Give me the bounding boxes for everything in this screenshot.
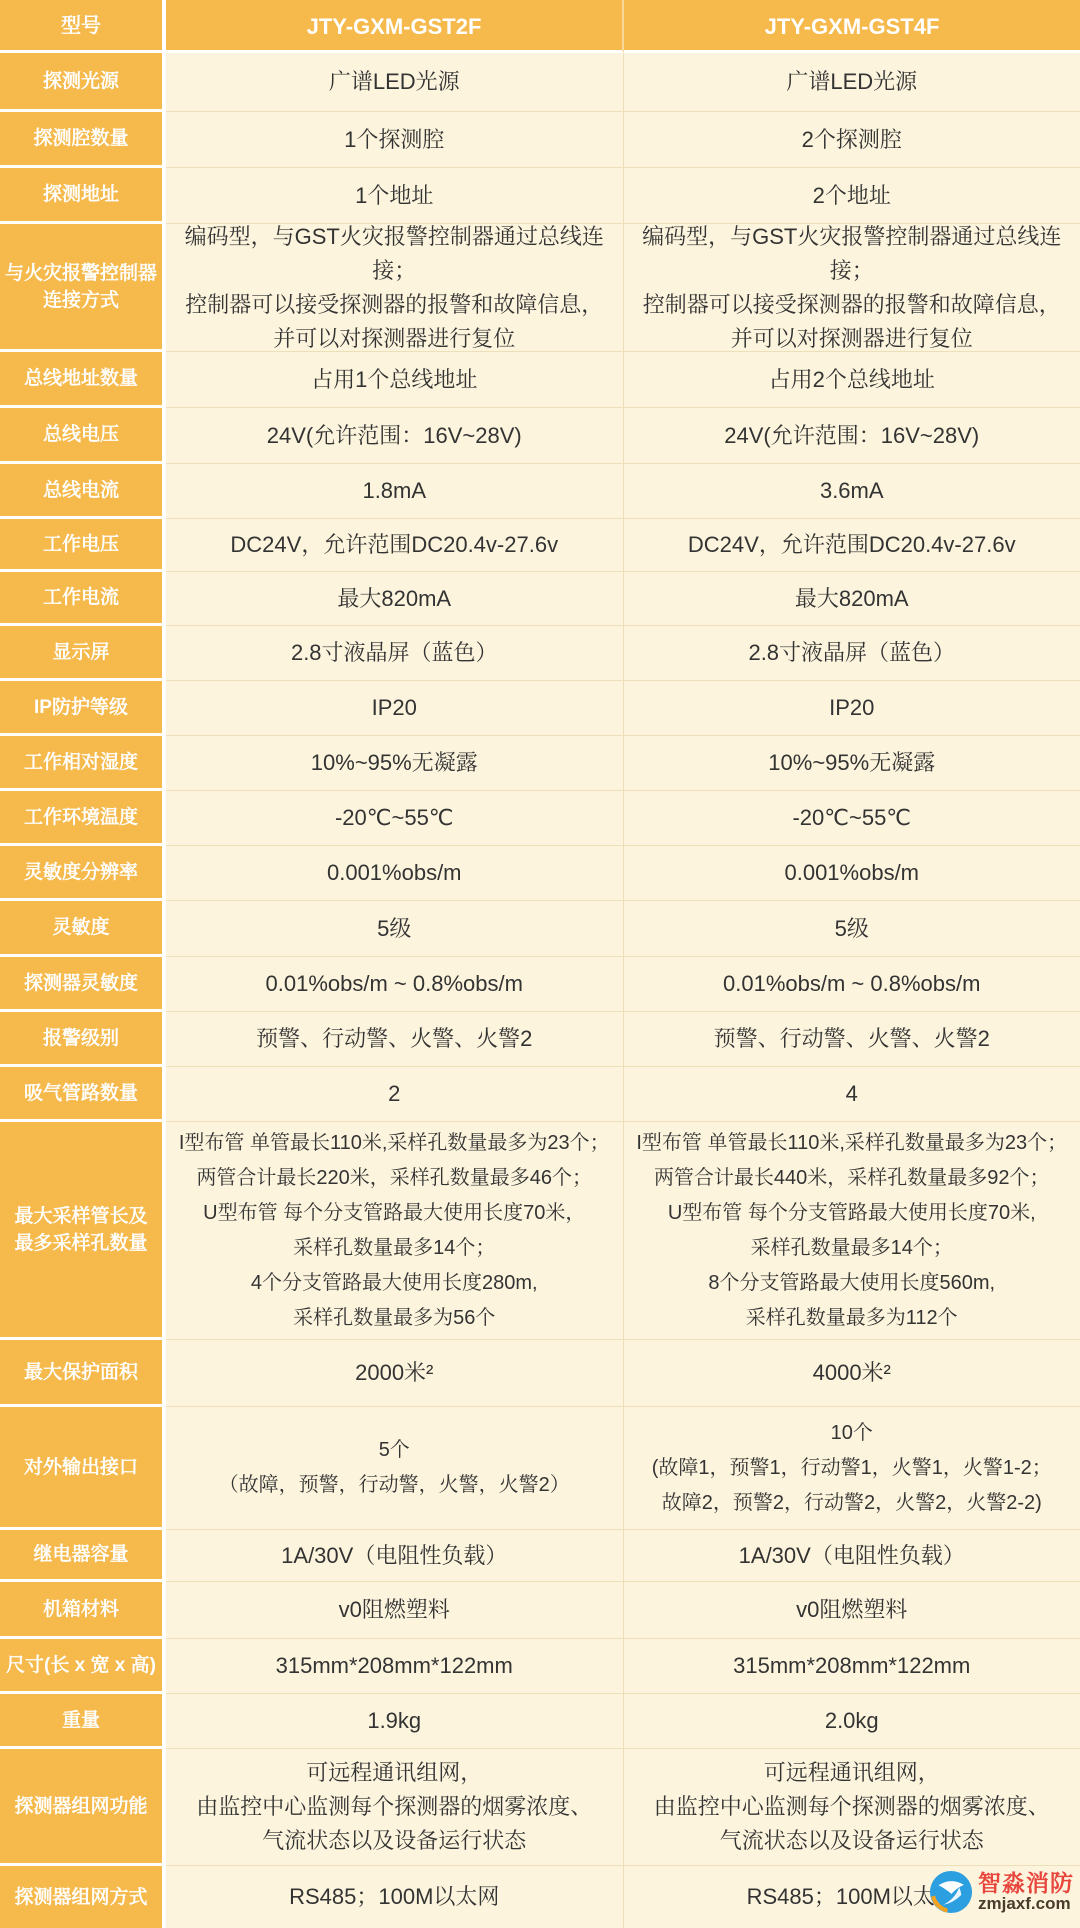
param-label-working-humidity: 工作相对湿度 [0, 736, 166, 791]
value-gst2f-working-temperature-line: -20℃~55℃ [172, 801, 617, 835]
value-gst2f-detection-chamber-count: 1个探测腔 [166, 112, 624, 168]
value-gst4f-sensitivity-levels: 5级 [624, 901, 1080, 957]
value-gst4f-networking-function-line: 气流状态以及设备运行状态 [630, 1824, 1075, 1858]
header-model-gst4f: JTY-GXM-GST4F [624, 0, 1080, 53]
value-gst2f-weight: 1.9kg [166, 1694, 624, 1749]
value-gst2f-detection-chamber-count-line: 1个探测腔 [172, 123, 617, 157]
value-gst2f-enclosure-material-line: v0阻燃塑料 [172, 1593, 617, 1627]
param-label-bus-address-count-line: 总线地址数量 [3, 365, 159, 392]
value-gst2f-bus-current: 1.8mA [166, 464, 624, 519]
table-row-display-screen: 显示屏2.8寸液晶屏（蓝色）2.8寸液晶屏（蓝色） [0, 626, 1080, 681]
value-gst2f-networking-mode-line: RS485；100M以太网 [172, 1880, 617, 1914]
value-gst2f-max-sampling-pipe-length-line: 采样孔数量最多为56个 [172, 1301, 617, 1336]
value-gst2f-detection-light-source: 广谱LED光源 [166, 53, 624, 112]
param-label-sampling-pipe-count-line: 吸气管路数量 [3, 1080, 159, 1107]
param-label-max-sampling-pipe-length: 最大采样管长及最多采样孔数量 [0, 1122, 166, 1340]
param-label-networking-mode: 探测器组网方式 [0, 1866, 166, 1928]
value-gst2f-sampling-pipe-count: 2 [166, 1067, 624, 1122]
param-label-detection-light-source-line: 探测光源 [3, 68, 159, 95]
value-gst2f-detection-light-source-line: 广谱LED光源 [172, 65, 617, 99]
table-row-detection-address: 探测地址1个地址2个地址 [0, 168, 1080, 224]
value-gst4f-detector-sensitivity-line: 0.01%obs/m ~ 0.8%obs/m [630, 967, 1075, 1001]
value-gst4f-working-humidity-line: 10%~95%无凝露 [630, 746, 1075, 780]
value-gst4f-controller-connection: 编码型，与GST火灾报警控制器通过总线连接；控制器可以接受探测器的报警和故障信息… [624, 224, 1080, 352]
param-label-enclosure-material: 机箱材料 [0, 1582, 166, 1639]
value-gst2f-alarm-levels: 预警、行动警、火警、火警2 [166, 1012, 624, 1067]
param-label-sensitivity-levels-line: 灵敏度 [3, 914, 159, 941]
value-gst4f-max-sampling-pipe-length-line: U型布管 每个分支管路最大使用长度70米, [630, 1196, 1075, 1231]
param-label-sensitivity-levels: 灵敏度 [0, 901, 166, 957]
value-gst4f-max-sampling-pipe-length-line: 8个分支管路最大使用长度560m, [630, 1266, 1075, 1301]
table-row-bus-current: 总线电流1.8mA3.6mA [0, 464, 1080, 519]
value-gst4f-working-current: 最大820mA [624, 572, 1080, 626]
value-gst2f-bus-current-line: 1.8mA [172, 474, 617, 508]
param-label-detection-light-source: 探测光源 [0, 53, 166, 112]
value-gst4f-max-sampling-pipe-length-line: 采样孔数量最多14个； [630, 1231, 1075, 1266]
brand-name: 智淼消防 [978, 1871, 1074, 1895]
table-row-working-current: 工作电流最大820mA最大820mA [0, 572, 1080, 626]
value-gst2f-bus-voltage: 24V(允许范围：16V~28V) [166, 408, 624, 464]
value-gst2f-networking-function: 可远程通讯组网，由监控中心监测每个探测器的烟雾浓度、气流状态以及设备运行状态 [166, 1749, 624, 1866]
value-gst4f-alarm-levels-line: 预警、行动警、火警、火警2 [630, 1022, 1075, 1056]
value-gst2f-detection-address-line: 1个地址 [172, 179, 617, 213]
value-gst2f-controller-connection-line: 控制器可以接受探测器的报警和故障信息， [172, 288, 617, 322]
value-gst2f-working-voltage-line: DC24V，允许范围DC20.4v-27.6v [172, 528, 617, 562]
value-gst2f-relay-capacity-line: 1A/30V（电阻性负载） [172, 1539, 617, 1573]
param-label-relay-capacity: 继电器容量 [0, 1530, 166, 1582]
value-gst4f-working-voltage-line: DC24V，允许范围DC20.4v-27.6v [630, 528, 1075, 562]
table-row-working-humidity: 工作相对湿度10%~95%无凝露10%~95%无凝露 [0, 736, 1080, 791]
value-gst2f-max-sampling-pipe-length-line: 采样孔数量最多14个； [172, 1231, 617, 1266]
param-label-max-sampling-pipe-length-line: 最大采样管长及 [3, 1203, 159, 1230]
param-label-networking-function: 探测器组网功能 [0, 1749, 166, 1866]
param-label-controller-connection-line: 与火灾报警控制器 [3, 260, 159, 287]
value-gst2f-sensitivity-levels: 5级 [166, 901, 624, 957]
param-label-alarm-levels: 报警级别 [0, 1012, 166, 1067]
spec-comparison-table: 型号 JTY-GXM-GST2F JTY-GXM-GST4F 探测光源广谱LED… [0, 0, 1080, 1928]
param-label-detection-chamber-count-line: 探测腔数量 [3, 125, 159, 152]
param-label-weight-line: 重量 [3, 1707, 159, 1734]
value-gst4f-detector-sensitivity: 0.01%obs/m ~ 0.8%obs/m [624, 957, 1080, 1012]
value-gst4f-detection-chamber-count: 2个探测腔 [624, 112, 1080, 168]
value-gst2f-working-current-line: 最大820mA [172, 582, 617, 616]
param-label-max-sampling-pipe-length-line: 最多采样孔数量 [3, 1230, 159, 1257]
value-gst2f-dimensions: 315mm*208mm*122mm [166, 1639, 624, 1694]
table-row-detection-chamber-count: 探测腔数量1个探测腔2个探测腔 [0, 112, 1080, 168]
value-gst2f-detector-sensitivity: 0.01%obs/m ~ 0.8%obs/m [166, 957, 624, 1012]
table-row-enclosure-material: 机箱材料v0阻燃塑料v0阻燃塑料 [0, 1582, 1080, 1639]
value-gst4f-enclosure-material-line: v0阻燃塑料 [630, 1593, 1075, 1627]
value-gst4f-enclosure-material: v0阻燃塑料 [624, 1582, 1080, 1639]
value-gst4f-detection-light-source: 广谱LED光源 [624, 53, 1080, 112]
param-label-bus-address-count: 总线地址数量 [0, 352, 166, 408]
param-label-alarm-levels-line: 报警级别 [3, 1025, 159, 1052]
value-gst4f-max-sampling-pipe-length-line: I型布管 单管最长110米,采样孔数量最多为23个； [630, 1126, 1075, 1161]
param-label-controller-connection-line: 连接方式 [3, 287, 159, 314]
value-gst2f-alarm-levels-line: 预警、行动警、火警、火警2 [172, 1022, 617, 1056]
param-label-enclosure-material-line: 机箱材料 [3, 1596, 159, 1623]
value-gst2f-working-current: 最大820mA [166, 572, 624, 626]
value-gst4f-external-output-ports-line: (故障1，预警1，行动警1，火警1，火警1-2； [630, 1451, 1075, 1486]
value-gst4f-relay-capacity: 1A/30V（电阻性负载） [624, 1530, 1080, 1582]
param-label-max-protection-area: 最大保护面积 [0, 1340, 166, 1407]
value-gst2f-ip-rating-line: IP20 [172, 691, 617, 725]
value-gst4f-dimensions-line: 315mm*208mm*122mm [630, 1649, 1075, 1683]
param-label-working-current-line: 工作电流 [3, 584, 159, 611]
param-label-max-protection-area-line: 最大保护面积 [3, 1359, 159, 1386]
value-gst4f-max-protection-area: 4000米² [624, 1340, 1080, 1407]
value-gst4f-controller-connection-line: 并可以对探测器进行复位 [630, 322, 1075, 356]
value-gst2f-dimensions-line: 315mm*208mm*122mm [172, 1649, 617, 1683]
param-label-ip-rating-line: IP防护等级 [3, 694, 159, 721]
table-row-bus-address-count: 总线地址数量占用1个总线地址占用2个总线地址 [0, 352, 1080, 408]
value-gst4f-networking-function-line: 可远程通讯组网， [630, 1756, 1075, 1790]
value-gst2f-sensitivity-resolution: 0.001%obs/m [166, 846, 624, 901]
value-gst2f-working-humidity: 10%~95%无凝露 [166, 736, 624, 791]
param-label-working-temperature: 工作环境温度 [0, 791, 166, 846]
param-label-sensitivity-resolution: 灵敏度分辨率 [0, 846, 166, 901]
value-gst4f-detection-light-source-line: 广谱LED光源 [630, 65, 1075, 99]
value-gst4f-networking-function-line: 由监控中心监测每个探测器的烟雾浓度、 [630, 1790, 1075, 1824]
value-gst4f-controller-connection-line: 编码型，与GST火灾报警控制器通过总线连接； [630, 220, 1075, 288]
value-gst4f-sampling-pipe-count-line: 4 [630, 1077, 1075, 1111]
param-label-weight: 重量 [0, 1694, 166, 1749]
param-label-relay-capacity-line: 继电器容量 [3, 1541, 159, 1568]
value-gst4f-working-temperature: -20℃~55℃ [624, 791, 1080, 846]
table-row-working-temperature: 工作环境温度-20℃~55℃-20℃~55℃ [0, 791, 1080, 846]
param-label-detection-address: 探测地址 [0, 168, 166, 224]
param-label-dimensions: 尺寸(长 x 宽 x 高) [0, 1639, 166, 1694]
value-gst4f-sensitivity-resolution-line: 0.001%obs/m [630, 856, 1075, 890]
value-gst4f-working-current-line: 最大820mA [630, 582, 1075, 616]
param-label-bus-current-line: 总线电流 [3, 477, 159, 504]
value-gst4f-sensitivity-levels-line: 5级 [630, 912, 1075, 946]
header-param-label: 型号 [0, 0, 166, 53]
param-label-detection-chamber-count: 探测腔数量 [0, 112, 166, 168]
param-label-sampling-pipe-count: 吸气管路数量 [0, 1067, 166, 1122]
value-gst4f-networking-function: 可远程通讯组网，由监控中心监测每个探测器的烟雾浓度、气流状态以及设备运行状态 [624, 1749, 1080, 1866]
value-gst2f-controller-connection-line: 并可以对探测器进行复位 [172, 322, 617, 356]
value-gst2f-networking-mode: RS485；100M以太网 [166, 1866, 624, 1928]
brand-logo-icon [929, 1870, 973, 1914]
value-gst4f-ip-rating: IP20 [624, 681, 1080, 736]
value-gst4f-weight-line: 2.0kg [630, 1704, 1075, 1738]
value-gst2f-enclosure-material: v0阻燃塑料 [166, 1582, 624, 1639]
param-label-detection-address-line: 探测地址 [3, 181, 159, 208]
table-row-weight: 重量1.9kg2.0kg [0, 1694, 1080, 1749]
table-header-row: 型号 JTY-GXM-GST2F JTY-GXM-GST4F [0, 0, 1080, 53]
value-gst4f-max-sampling-pipe-length: I型布管 单管最长110米,采样孔数量最多为23个；两管合计最长440米，采样孔… [624, 1122, 1080, 1340]
value-gst2f-max-sampling-pipe-length-line: 4个分支管路最大使用长度280m, [172, 1266, 617, 1301]
value-gst2f-networking-function-line: 由监控中心监测每个探测器的烟雾浓度、 [172, 1790, 617, 1824]
value-gst4f-working-humidity: 10%~95%无凝露 [624, 736, 1080, 791]
value-gst4f-external-output-ports-line: 10个 [630, 1416, 1075, 1451]
value-gst2f-bus-voltage-line: 24V(允许范围：16V~28V) [172, 419, 617, 453]
param-label-dimensions-line: 尺寸(长 x 宽 x 高) [3, 1652, 159, 1679]
value-gst4f-sensitivity-resolution: 0.001%obs/m [624, 846, 1080, 901]
value-gst4f-bus-voltage: 24V(允许范围：16V~28V) [624, 408, 1080, 464]
value-gst4f-detection-address-line: 2个地址 [630, 179, 1075, 213]
param-label-bus-current: 总线电流 [0, 464, 166, 519]
value-gst2f-bus-address-count-line: 占用1个总线地址 [172, 363, 617, 397]
table-row-max-protection-area: 最大保护面积2000米²4000米² [0, 1340, 1080, 1407]
param-label-working-temperature-line: 工作环境温度 [3, 804, 159, 831]
value-gst2f-sensitivity-resolution-line: 0.001%obs/m [172, 856, 617, 890]
value-gst4f-alarm-levels: 预警、行动警、火警、火警2 [624, 1012, 1080, 1067]
table-row-max-sampling-pipe-length: 最大采样管长及最多采样孔数量I型布管 单管最长110米,采样孔数量最多为23个；… [0, 1122, 1080, 1340]
table-row-controller-connection: 与火灾报警控制器连接方式编码型，与GST火灾报警控制器通过总线连接；控制器可以接… [0, 224, 1080, 352]
param-label-display-screen: 显示屏 [0, 626, 166, 681]
value-gst4f-display-screen: 2.8寸液晶屏（蓝色） [624, 626, 1080, 681]
table-row-networking-mode: 探测器组网方式RS485；100M以太网RS485；100M以太网 [0, 1866, 1080, 1928]
value-gst4f-weight: 2.0kg [624, 1694, 1080, 1749]
value-gst2f-networking-function-line: 气流状态以及设备运行状态 [172, 1824, 617, 1858]
param-label-display-screen-line: 显示屏 [3, 639, 159, 666]
table-row-networking-function: 探测器组网功能可远程通讯组网，由监控中心监测每个探测器的烟雾浓度、气流状态以及设… [0, 1749, 1080, 1866]
value-gst2f-sampling-pipe-count-line: 2 [172, 1077, 617, 1111]
value-gst4f-bus-current-line: 3.6mA [630, 474, 1075, 508]
value-gst2f-detection-address: 1个地址 [166, 168, 624, 224]
value-gst4f-external-output-ports: 10个(故障1，预警1，行动警1，火警1，火警1-2；故障2，预警2，行动警2，… [624, 1407, 1080, 1530]
value-gst4f-max-sampling-pipe-length-line: 两管合计最长440米，采样孔数量最多92个； [630, 1161, 1075, 1196]
value-gst4f-detection-chamber-count-line: 2个探测腔 [630, 123, 1075, 157]
value-gst4f-external-output-ports-line: 故障2，预警2，行动警2，火警2，火警2-2) [630, 1486, 1075, 1521]
value-gst2f-sensitivity-levels-line: 5级 [172, 912, 617, 946]
param-label-controller-connection: 与火灾报警控制器连接方式 [0, 224, 166, 352]
table-row-alarm-levels: 报警级别预警、行动警、火警、火警2预警、行动警、火警、火警2 [0, 1012, 1080, 1067]
param-label-working-humidity-line: 工作相对湿度 [3, 749, 159, 776]
value-gst4f-bus-address-count: 占用2个总线地址 [624, 352, 1080, 408]
param-label-external-output-ports: 对外输出接口 [0, 1407, 166, 1530]
param-label-ip-rating: IP防护等级 [0, 681, 166, 736]
table-row-sampling-pipe-count: 吸气管路数量24 [0, 1067, 1080, 1122]
value-gst2f-max-sampling-pipe-length-line: U型布管 每个分支管路最大使用长度70米， [172, 1196, 617, 1231]
value-gst2f-weight-line: 1.9kg [172, 1704, 617, 1738]
header-model-gst2f: JTY-GXM-GST2F [166, 0, 624, 53]
value-gst4f-bus-address-count-line: 占用2个总线地址 [630, 363, 1075, 397]
value-gst4f-dimensions: 315mm*208mm*122mm [624, 1639, 1080, 1694]
param-label-detector-sensitivity: 探测器灵敏度 [0, 957, 166, 1012]
value-gst4f-max-sampling-pipe-length-line: 采样孔数量最多为112个 [630, 1301, 1075, 1336]
brand-site-url: zmjaxf.com [978, 1895, 1074, 1913]
value-gst2f-ip-rating: IP20 [166, 681, 624, 736]
table-row-relay-capacity: 继电器容量1A/30V（电阻性负载）1A/30V（电阻性负载） [0, 1530, 1080, 1582]
value-gst2f-working-temperature: -20℃~55℃ [166, 791, 624, 846]
value-gst2f-max-sampling-pipe-length-line: 两管合计最长220米，采样孔数量最多46个； [172, 1161, 617, 1196]
value-gst2f-max-protection-area: 2000米² [166, 1340, 624, 1407]
value-gst2f-max-sampling-pipe-length: I型布管 单管最长110米,采样孔数量最多为23个；两管合计最长220米，采样孔… [166, 1122, 624, 1340]
value-gst2f-controller-connection-line: 编码型，与GST火灾报警控制器通过总线连接； [172, 220, 617, 288]
value-gst2f-max-sampling-pipe-length-line: I型布管 单管最长110米,采样孔数量最多为23个； [172, 1126, 617, 1161]
value-gst2f-external-output-ports: 5个（故障，预警，行动警，火警，火警2） [166, 1407, 624, 1530]
value-gst4f-working-temperature-line: -20℃~55℃ [630, 801, 1075, 835]
param-label-working-current: 工作电流 [0, 572, 166, 626]
brand-text-block: 智淼消防 zmjaxf.com [978, 1871, 1074, 1913]
table-row-external-output-ports: 对外输出接口5个（故障，预警，行动警，火警，火警2）10个(故障1，预警1，行动… [0, 1407, 1080, 1530]
value-gst2f-display-screen-line: 2.8寸液晶屏（蓝色） [172, 636, 617, 670]
param-label-external-output-ports-line: 对外输出接口 [3, 1454, 159, 1481]
param-label-detector-sensitivity-line: 探测器灵敏度 [3, 970, 159, 997]
table-row-bus-voltage: 总线电压24V(允许范围：16V~28V)24V(允许范围：16V~28V) [0, 408, 1080, 464]
value-gst2f-working-voltage: DC24V，允许范围DC20.4v-27.6v [166, 519, 624, 572]
value-gst4f-ip-rating-line: IP20 [630, 691, 1075, 725]
value-gst4f-bus-voltage-line: 24V(允许范围：16V~28V) [630, 419, 1075, 453]
value-gst4f-controller-connection-line: 控制器可以接受探测器的报警和故障信息， [630, 288, 1075, 322]
param-label-bus-voltage: 总线电压 [0, 408, 166, 464]
value-gst2f-max-protection-area-line: 2000米² [172, 1356, 617, 1390]
value-gst2f-external-output-ports-line: 5个 [172, 1433, 617, 1468]
value-gst2f-networking-function-line: 可远程通讯组网， [172, 1756, 617, 1790]
table-row-working-voltage: 工作电压DC24V，允许范围DC20.4v-27.6vDC24V，允许范围DC2… [0, 519, 1080, 572]
param-label-bus-voltage-line: 总线电压 [3, 421, 159, 448]
table-row-sensitivity-levels: 灵敏度5级5级 [0, 901, 1080, 957]
value-gst4f-working-voltage: DC24V，允许范围DC20.4v-27.6v [624, 519, 1080, 572]
param-label-working-voltage: 工作电压 [0, 519, 166, 572]
param-label-networking-mode-line: 探测器组网方式 [3, 1884, 159, 1911]
value-gst4f-display-screen-line: 2.8寸液晶屏（蓝色） [630, 636, 1075, 670]
value-gst2f-detector-sensitivity-line: 0.01%obs/m ~ 0.8%obs/m [172, 967, 617, 1001]
value-gst4f-detection-address: 2个地址 [624, 168, 1080, 224]
table-body: 探测光源广谱LED光源广谱LED光源探测腔数量1个探测腔2个探测腔探测地址1个地… [0, 53, 1080, 1928]
param-label-working-voltage-line: 工作电压 [3, 531, 159, 558]
value-gst2f-external-output-ports-line: （故障，预警，行动警，火警，火警2） [172, 1468, 617, 1503]
value-gst4f-relay-capacity-line: 1A/30V（电阻性负载） [630, 1539, 1075, 1573]
value-gst4f-bus-current: 3.6mA [624, 464, 1080, 519]
table-row-detection-light-source: 探测光源广谱LED光源广谱LED光源 [0, 53, 1080, 112]
brand-watermark: 智淼消防 zmjaxf.com [929, 1870, 1074, 1914]
table-row-sensitivity-resolution: 灵敏度分辨率0.001%obs/m0.001%obs/m [0, 846, 1080, 901]
value-gst2f-controller-connection: 编码型，与GST火灾报警控制器通过总线连接；控制器可以接受探测器的报警和故障信息… [166, 224, 624, 352]
param-label-sensitivity-resolution-line: 灵敏度分辨率 [3, 859, 159, 886]
value-gst2f-relay-capacity: 1A/30V（电阻性负载） [166, 1530, 624, 1582]
table-row-dimensions: 尺寸(长 x 宽 x 高)315mm*208mm*122mm315mm*208m… [0, 1639, 1080, 1694]
value-gst2f-bus-address-count: 占用1个总线地址 [166, 352, 624, 408]
param-label-networking-function-line: 探测器组网功能 [3, 1793, 159, 1820]
value-gst2f-display-screen: 2.8寸液晶屏（蓝色） [166, 626, 624, 681]
value-gst4f-sampling-pipe-count: 4 [624, 1067, 1080, 1122]
table-row-detector-sensitivity: 探测器灵敏度0.01%obs/m ~ 0.8%obs/m0.01%obs/m ~… [0, 957, 1080, 1012]
value-gst4f-max-protection-area-line: 4000米² [630, 1356, 1075, 1390]
value-gst2f-working-humidity-line: 10%~95%无凝露 [172, 746, 617, 780]
table-row-ip-rating: IP防护等级IP20IP20 [0, 681, 1080, 736]
